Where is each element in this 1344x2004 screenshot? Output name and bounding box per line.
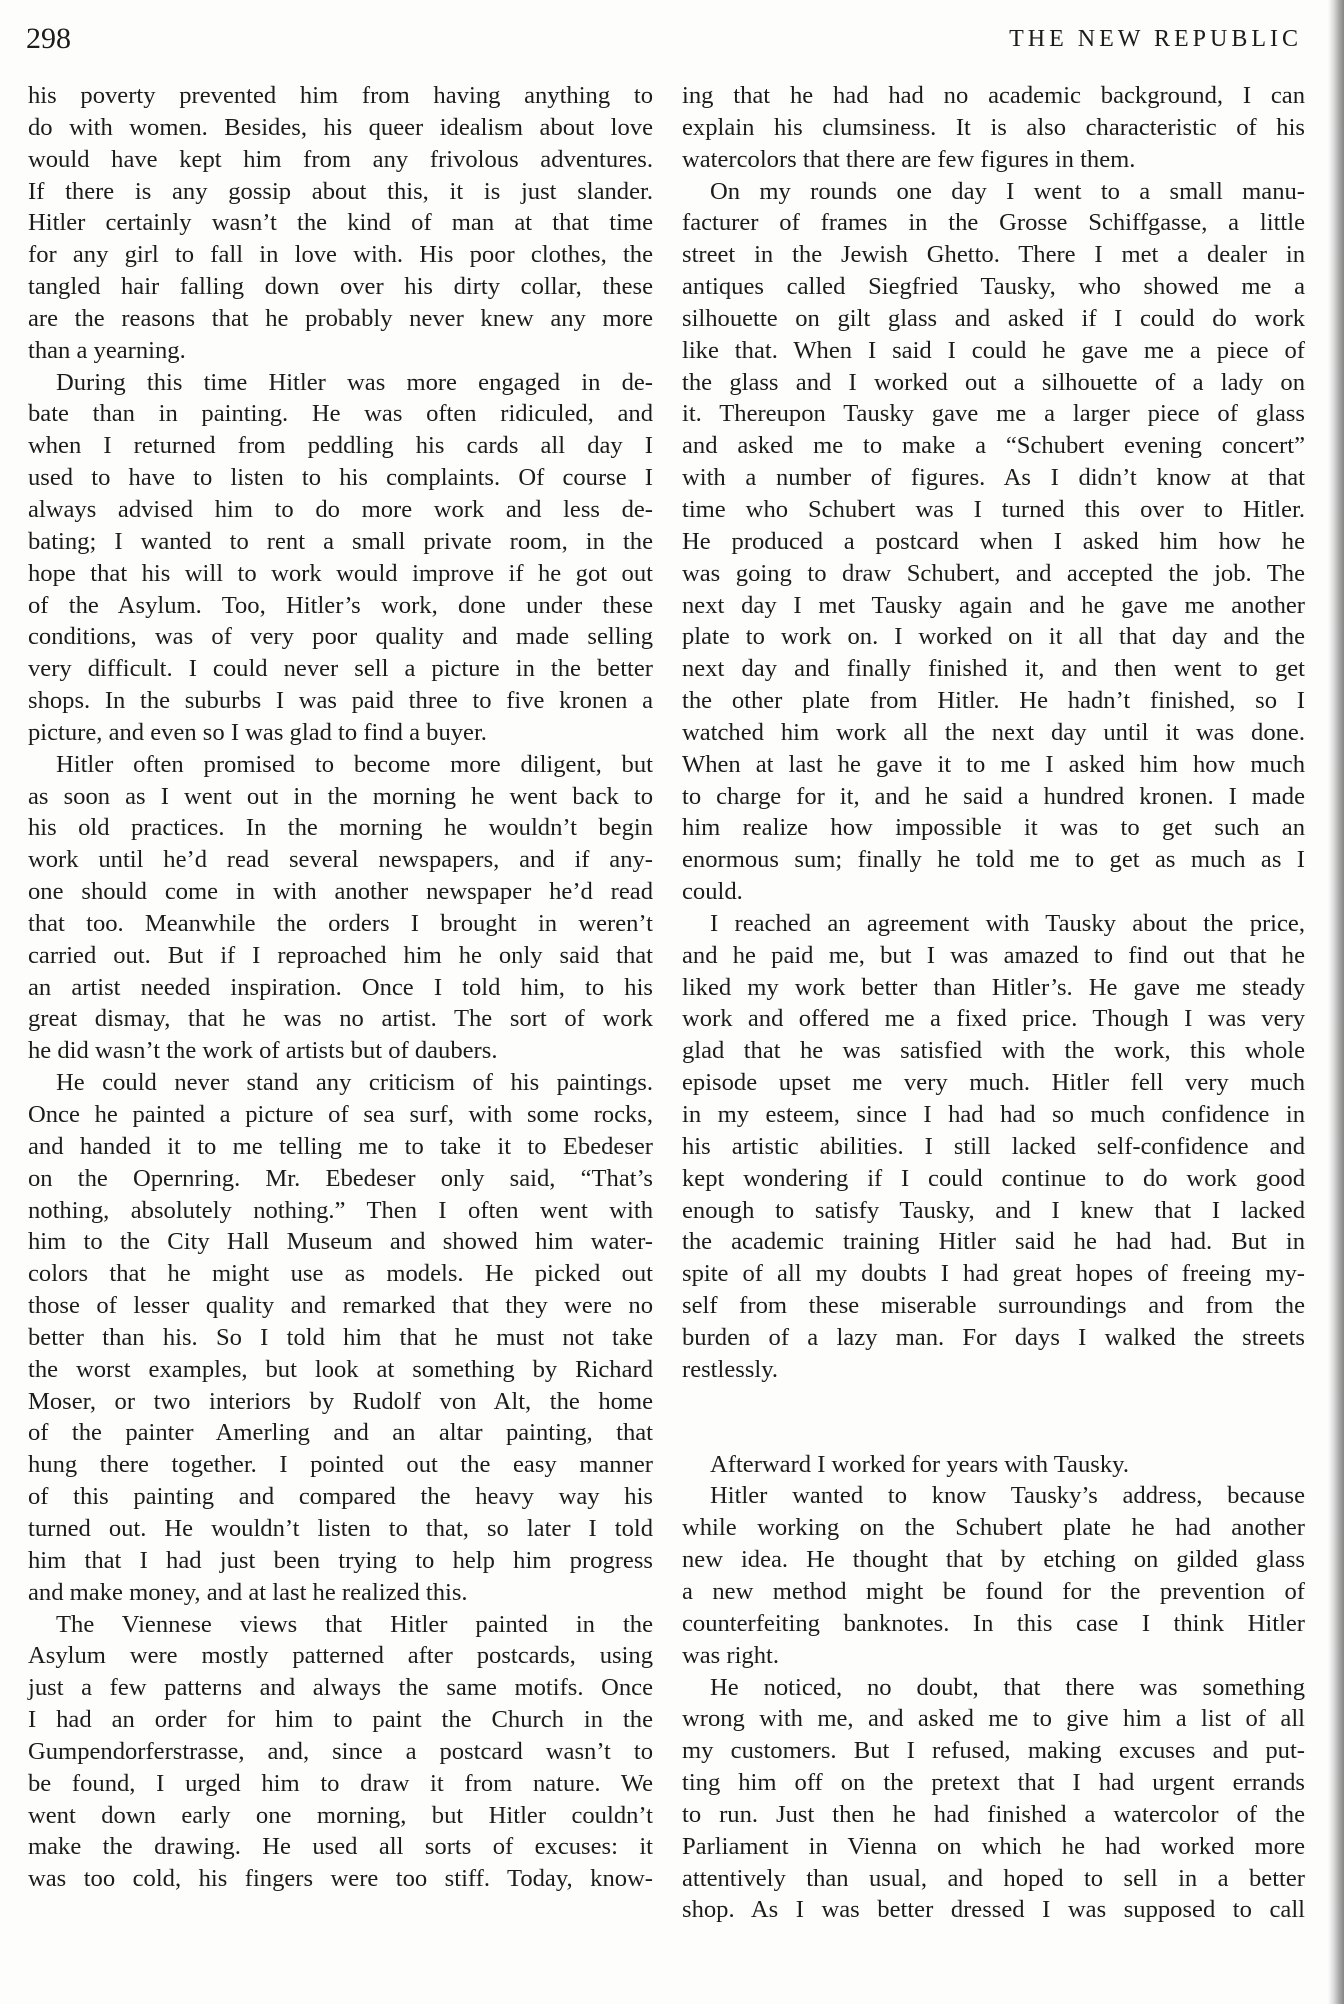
text-line: silhouette on gilt glass and asked if I … <box>682 303 1305 335</box>
text-line: When at last he gave it to me I asked hi… <box>682 749 1305 781</box>
text-line: the academic training Hitler said he had… <box>682 1226 1305 1258</box>
text-line: watched him work all the next day until … <box>682 717 1305 749</box>
paragraph-start-line: He could never stand any criticism of hi… <box>28 1067 653 1099</box>
section-break <box>682 1386 1305 1449</box>
text-line: Moser, or two interiors by Rudolf von Al… <box>28 1386 653 1418</box>
text-line: time who Schubert was I turned this over… <box>682 494 1305 526</box>
magazine-page: 298 THE NEW REPUBLIC his poverty prevent… <box>0 0 1344 2004</box>
text-line: bate than in painting. He was often ridi… <box>28 398 653 430</box>
text-line: the worst examples, but look at somethin… <box>28 1354 653 1386</box>
text-line: with a number of figures. As I didn’t kn… <box>682 462 1305 494</box>
running-head-publication: THE NEW REPUBLIC <box>1009 26 1302 53</box>
text-line: counterfeiting banknotes. In this case I… <box>682 1608 1305 1640</box>
text-line: episode upset me very much. Hitler fell … <box>682 1067 1305 1099</box>
text-line: facturer of frames in the Grosse Schiffg… <box>682 207 1305 239</box>
text-line: a new method might be found for the prev… <box>682 1576 1305 1608</box>
text-line: wrong with me, and asked me to give him … <box>682 1703 1305 1735</box>
text-line: his poverty prevented him from having an… <box>28 80 653 112</box>
paragraph-start-line: During this time Hitler was more engaged… <box>28 367 653 399</box>
text-line: for any girl to fall in love with. His p… <box>28 239 653 271</box>
text-line: conditions, was of very poor quality and… <box>28 621 653 653</box>
text-line: the other plate from Hitler. He hadn’t f… <box>682 685 1305 717</box>
page-edge-shadow <box>1328 0 1344 2004</box>
text-line: street in the Jewish Ghetto. There I met… <box>682 239 1305 271</box>
text-line: antiques called Siegfried Tausky, who sh… <box>682 271 1305 303</box>
text-line: just a few patterns and always the same … <box>28 1672 653 1704</box>
text-line: an artist needed inspiration. Once I tol… <box>28 972 653 1004</box>
text-line: him that I had just been trying to help … <box>28 1545 653 1577</box>
text-line: while working on the Schubert plate he h… <box>682 1512 1305 1544</box>
text-line: liked my work better than Hitler’s. He g… <box>682 972 1305 1004</box>
text-line: spite of all my doubts I had great hopes… <box>682 1258 1305 1290</box>
text-line: the glass and I worked out a silhouette … <box>682 367 1305 399</box>
text-line: work until he’d read several newspapers,… <box>28 844 653 876</box>
text-line: turned out. He wouldn’t listen to that, … <box>28 1513 653 1545</box>
text-line: my customers. But I refused, making excu… <box>682 1735 1305 1767</box>
text-line: to charge for it, and he said a hundred … <box>682 781 1305 813</box>
text-line: of this painting and compared the heavy … <box>28 1481 653 1513</box>
text-line: always advised him to do more work and l… <box>28 494 653 526</box>
text-line: his old practices. In the morning he wou… <box>28 812 653 844</box>
text-line: hung there together. I pointed out the e… <box>28 1449 653 1481</box>
text-line: kept wondering if I could continue to do… <box>682 1163 1305 1195</box>
text-line: on the Opernring. Mr. Ebedeser only said… <box>28 1163 653 1195</box>
text-line: burden of a lazy man. For days I walked … <box>682 1322 1305 1354</box>
paragraph-start-line: I reached an agreement with Tausky about… <box>682 908 1305 940</box>
text-line: than a yearning. <box>28 335 653 367</box>
paragraph-start-line: He noticed, no doubt, that there was som… <box>682 1672 1305 1704</box>
text-line: in my esteem, since I had had so much co… <box>682 1099 1305 1131</box>
text-line: and make money, and at last he realized … <box>28 1577 653 1609</box>
text-line: explain his clumsiness. It is also chara… <box>682 112 1305 144</box>
text-line: next day and finally finished it, and th… <box>682 653 1305 685</box>
text-line: If there is any gossip about this, it is… <box>28 176 653 208</box>
text-line: restlessly. <box>682 1354 1305 1386</box>
text-line: to run. Just then he had finished a wate… <box>682 1799 1305 1831</box>
text-line: and handed it to me telling me to take i… <box>28 1131 653 1163</box>
text-line: shops. In the suburbs I was paid three t… <box>28 685 653 717</box>
text-line: He produced a postcard when I asked him … <box>682 526 1305 558</box>
text-line: went down early one morning, but Hitler … <box>28 1800 653 1832</box>
text-line: ting him off on the pretext that I had u… <box>682 1767 1305 1799</box>
text-line: shop. As I was better dressed I was supp… <box>682 1894 1305 1926</box>
left-column: his poverty prevented him from having an… <box>28 80 653 1895</box>
text-line: next day I met Tausky again and he gave … <box>682 590 1305 622</box>
text-line: self from these miserable surroundings a… <box>682 1290 1305 1322</box>
text-line: could. <box>682 876 1305 908</box>
text-line: his artistic abilities. I still lacked s… <box>682 1131 1305 1163</box>
text-line: it. Thereupon Tausky gave me a larger pi… <box>682 398 1305 430</box>
text-line: work and offered me a fixed price. Thoug… <box>682 1003 1305 1035</box>
text-line: was too cold, his fingers were too stiff… <box>28 1863 653 1895</box>
text-line: was right. <box>682 1640 1305 1672</box>
text-line: Hitler certainly wasn’t the kind of man … <box>28 207 653 239</box>
text-line: nothing, absolutely nothing.” Then I oft… <box>28 1195 653 1227</box>
text-line: would have kept him from any frivolous a… <box>28 144 653 176</box>
text-line: when I returned from peddling his cards … <box>28 430 653 462</box>
text-line: attentively than usual, and hoped to sel… <box>682 1863 1305 1895</box>
paragraph-start-line: Afterward I worked for years with Tausky… <box>682 1449 1305 1481</box>
text-line: colors that he might use as models. He p… <box>28 1258 653 1290</box>
text-line: like that. When I said I could he gave m… <box>682 335 1305 367</box>
paragraph-start-line: Hitler often promised to become more dil… <box>28 749 653 781</box>
right-column: ing that he had had no academic backgrou… <box>682 80 1305 1926</box>
text-line: used to have to listen to his complaints… <box>28 462 653 494</box>
text-line: better than his. So I told him that he m… <box>28 1322 653 1354</box>
text-line: of the Asylum. Too, Hitler’s work, done … <box>28 590 653 622</box>
text-line: glad that he was satisfied with the work… <box>682 1035 1305 1067</box>
text-line: hope that his will to work would improve… <box>28 558 653 590</box>
text-line: plate to work on. I worked on it all tha… <box>682 621 1305 653</box>
text-line: great dismay, that he was no artist. The… <box>28 1003 653 1035</box>
text-line: I had an order for him to paint the Chur… <box>28 1704 653 1736</box>
text-line: Once he painted a picture of sea surf, w… <box>28 1099 653 1131</box>
text-line: make the drawing. He used all sorts of e… <box>28 1831 653 1863</box>
paragraph-start-line: Hitler wanted to know Tausky’s address, … <box>682 1480 1305 1512</box>
text-line: carried out. But if I reproached him he … <box>28 940 653 972</box>
paragraph-start-line: On my rounds one day I went to a small m… <box>682 176 1305 208</box>
text-line: new idea. He thought that by etching on … <box>682 1544 1305 1576</box>
text-line: tangled hair falling down over his dirty… <box>28 271 653 303</box>
text-line: enormous sum; finally he told me to get … <box>682 844 1305 876</box>
text-line: ing that he had had no academic backgrou… <box>682 80 1305 112</box>
text-line: Parliament in Vienna on which he had wor… <box>682 1831 1305 1863</box>
text-line: him to the City Hall Museum and showed h… <box>28 1226 653 1258</box>
text-line: and asked me to make a “Schubert evening… <box>682 430 1305 462</box>
text-line: was going to draw Schubert, and accepted… <box>682 558 1305 590</box>
text-line: very difficult. I could never sell a pic… <box>28 653 653 685</box>
text-line: him realize how impossible it was to get… <box>682 812 1305 844</box>
page-number: 298 <box>26 22 71 56</box>
text-line: as soon as I went out in the morning he … <box>28 781 653 813</box>
text-line: and he paid me, but I was amazed to find… <box>682 940 1305 972</box>
text-line: one should come in with another newspape… <box>28 876 653 908</box>
text-line: bating; I wanted to rent a small private… <box>28 526 653 558</box>
text-line: those of lesser quality and remarked tha… <box>28 1290 653 1322</box>
text-line: do with women. Besides, his queer ideali… <box>28 112 653 144</box>
paragraph-start-line: The Viennese views that Hitler painted i… <box>28 1609 653 1641</box>
text-line: enough to satisfy Tausky, and I knew tha… <box>682 1195 1305 1227</box>
text-line: be found, I urged him to draw it from na… <box>28 1768 653 1800</box>
text-line: he did wasn’t the work of artists but of… <box>28 1035 653 1067</box>
text-line: Gumpendorferstrasse, and, since a postca… <box>28 1736 653 1768</box>
text-line: are the reasons that he probably never k… <box>28 303 653 335</box>
text-line: watercolors that there are few figures i… <box>682 144 1305 176</box>
text-line: of the painter Amerling and an altar pai… <box>28 1417 653 1449</box>
text-line: Asylum were mostly patterned after postc… <box>28 1640 653 1672</box>
text-line: picture, and even so I was glad to find … <box>28 717 653 749</box>
text-line: that too. Meanwhile the orders I brought… <box>28 908 653 940</box>
